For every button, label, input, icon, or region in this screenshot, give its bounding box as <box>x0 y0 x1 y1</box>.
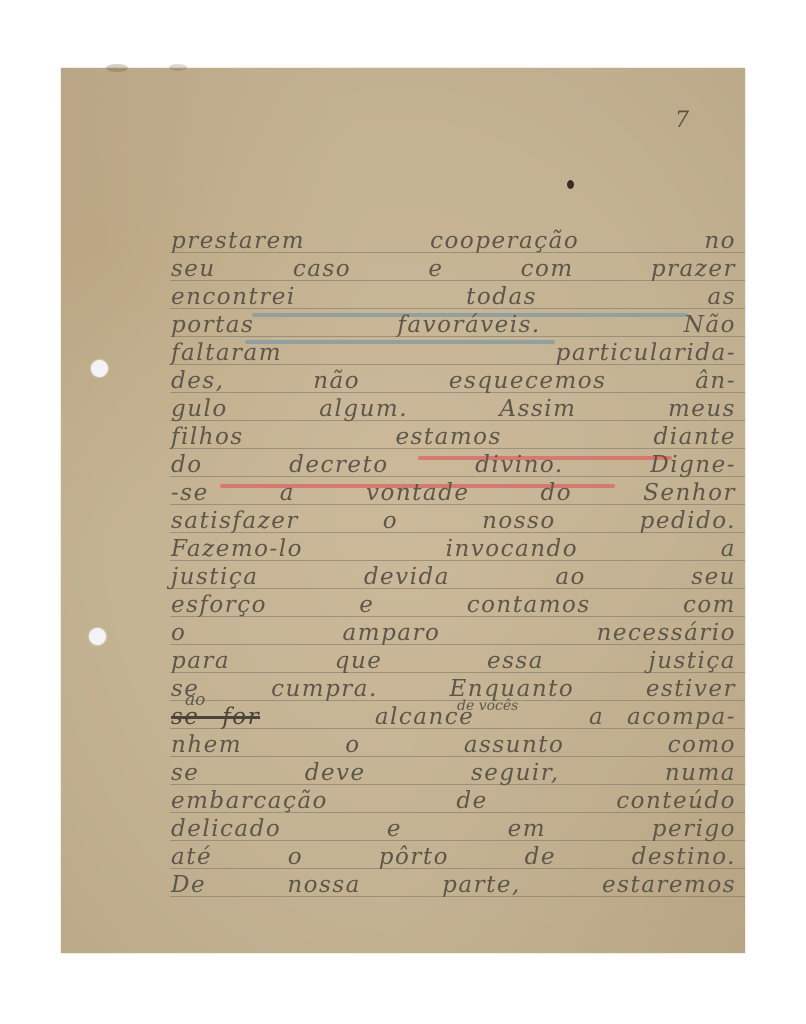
paper-stain <box>106 64 128 72</box>
text-line: se deve seguir, numa <box>171 759 736 787</box>
text-line: se cumpra. Enquanto estiver <box>171 675 736 703</box>
text-line: até o pôrto de destino. <box>171 843 736 871</box>
text-line: satisfazer o nosso pedido. <box>171 507 736 535</box>
text-line: encontrei todas as <box>171 283 736 311</box>
text-line: gulo algum. Assim meus <box>171 395 736 423</box>
text-fragment: a acompa- <box>589 703 736 731</box>
page-number: 7 <box>675 108 689 133</box>
punch-hole-bottom <box>89 628 106 645</box>
letter-page: 7 prestarem cooperação no seu caso e com… <box>61 68 745 953</box>
text-line-corrected: se for alcance a acompa- <box>171 703 736 731</box>
text-line: filhos estamos diante <box>171 423 736 451</box>
paper-stain <box>169 64 187 71</box>
text-line: Fazemo-lo invocando a <box>171 535 736 563</box>
text-line: des, não esquecemos ân- <box>171 367 736 395</box>
text-line: De nossa parte, estaremos <box>171 871 736 899</box>
text-line: embarcação de conteúdo <box>171 787 736 815</box>
text-line: seu caso e com prazer <box>171 255 736 283</box>
ink-spot <box>567 180 574 189</box>
text-line: esforço e contamos com <box>171 591 736 619</box>
text-line: faltaram particularida- <box>171 339 736 367</box>
text-line: portas favoráveis. Não <box>171 311 736 339</box>
text-line: justiça devida ao seu <box>171 563 736 591</box>
insertion-above: ao <box>185 690 205 710</box>
interlinear-insertion: de vocês <box>457 698 518 714</box>
punch-hole-top <box>91 360 108 377</box>
text-line: -se a vontade do Senhor <box>171 479 736 507</box>
text-line: delicado e em perigo <box>171 815 736 843</box>
text-line: nhem o assunto como <box>171 731 736 759</box>
text-line: do decreto divino. Digne- <box>171 451 736 479</box>
text-line: prestarem cooperação no <box>171 227 736 255</box>
text-line: para que essa justiça <box>171 647 736 675</box>
text-line: o amparo necessário <box>171 619 736 647</box>
